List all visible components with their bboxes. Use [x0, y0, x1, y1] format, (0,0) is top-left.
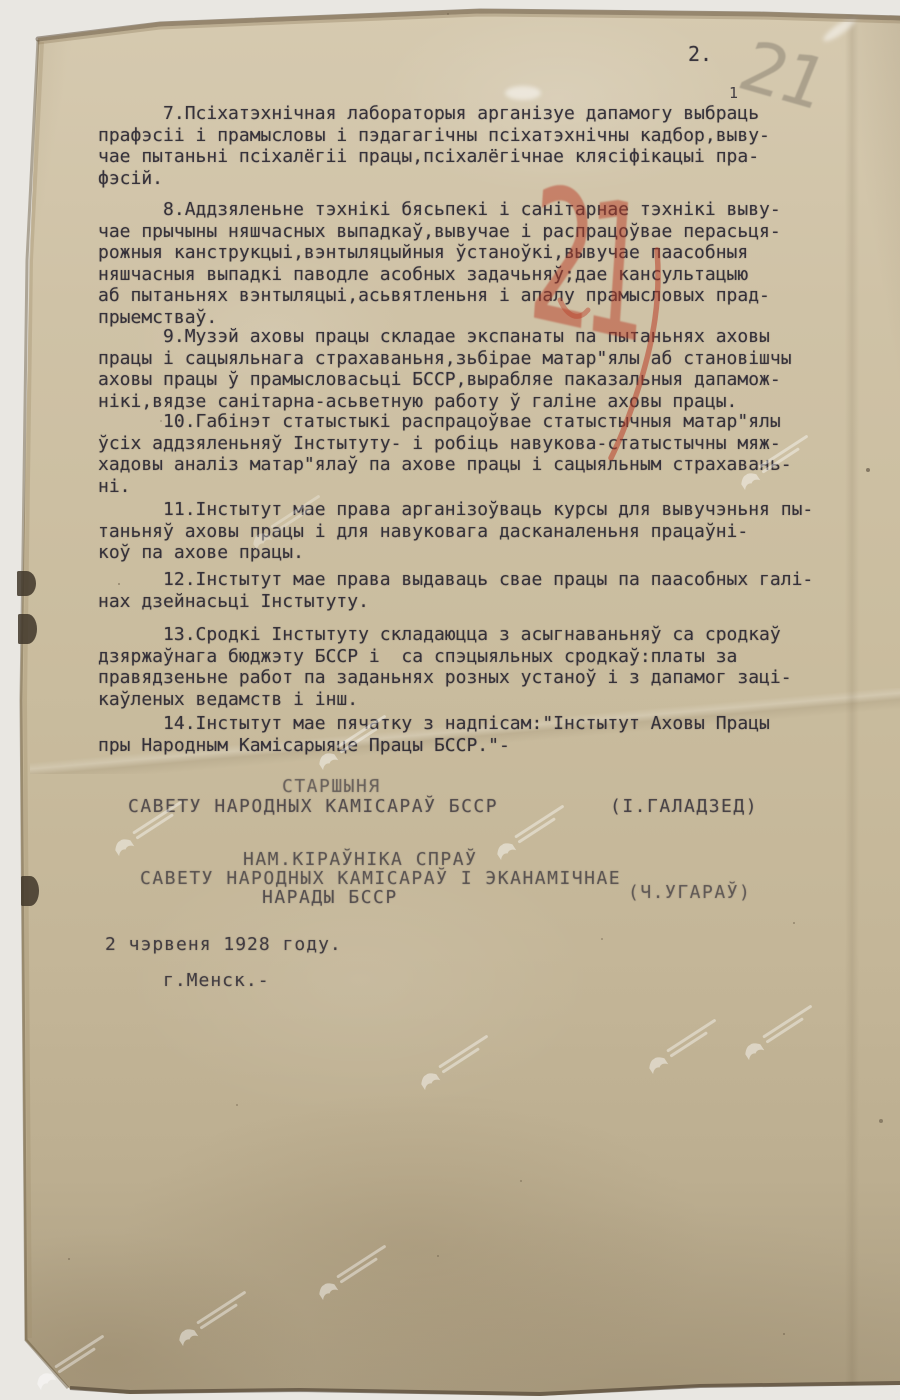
- signature-deputy-name: (Ч.УГАРАЎ): [628, 882, 751, 904]
- red-pencil-annotation: 21: [523, 146, 645, 384]
- paragraph-12: 12.Інстытут мае права выдаваць свае прац…: [98, 569, 813, 612]
- paragraph-7: 7.Псіхатэхнічная лабораторыя арганізуе д…: [98, 103, 770, 189]
- city-line: г.Менск.-: [163, 970, 270, 992]
- binding-hole: [17, 571, 36, 596]
- paragraph-14: 14.Інстытут мае пячатку з надпісам:"Інст…: [98, 713, 770, 756]
- paper-scuff: [505, 86, 541, 100]
- paragraph-13: 13.Сродкі Інстытуту складаюцца з асыгнав…: [98, 624, 792, 710]
- signature-chairman-name: (І.ГАЛАДЗЕД): [610, 796, 758, 818]
- binding-hole: [18, 614, 37, 644]
- signature-deputy-title-3: НАРАДЫ БССР: [262, 887, 398, 909]
- binding-hole: [21, 876, 39, 906]
- paper-specks: [0, 0, 2, 2]
- paragraph-11: 11.Інстытут мае права арганізоўваць курс…: [98, 499, 813, 564]
- paragraph-10: 10.Габінэт статыстыкі распрацоўвае статы…: [98, 411, 792, 497]
- document-scan: 2. 1 7.Псіхатэхнічная лабораторыя аргані…: [0, 0, 900, 1400]
- paragraph-8: 8.Аддзяленьне тэхнікі бясьпекі і санітар…: [98, 199, 781, 328]
- paragraph-9: 9.Музэй аховы працы складае экспанаты па…: [98, 326, 792, 412]
- date-line: 2 чэрвеня 1928 году.: [105, 934, 342, 956]
- signature-chairman-title: СТАРШЫНЯ: [282, 776, 381, 798]
- page-number: 2.: [688, 42, 712, 66]
- paper-crease: [845, 0, 859, 1400]
